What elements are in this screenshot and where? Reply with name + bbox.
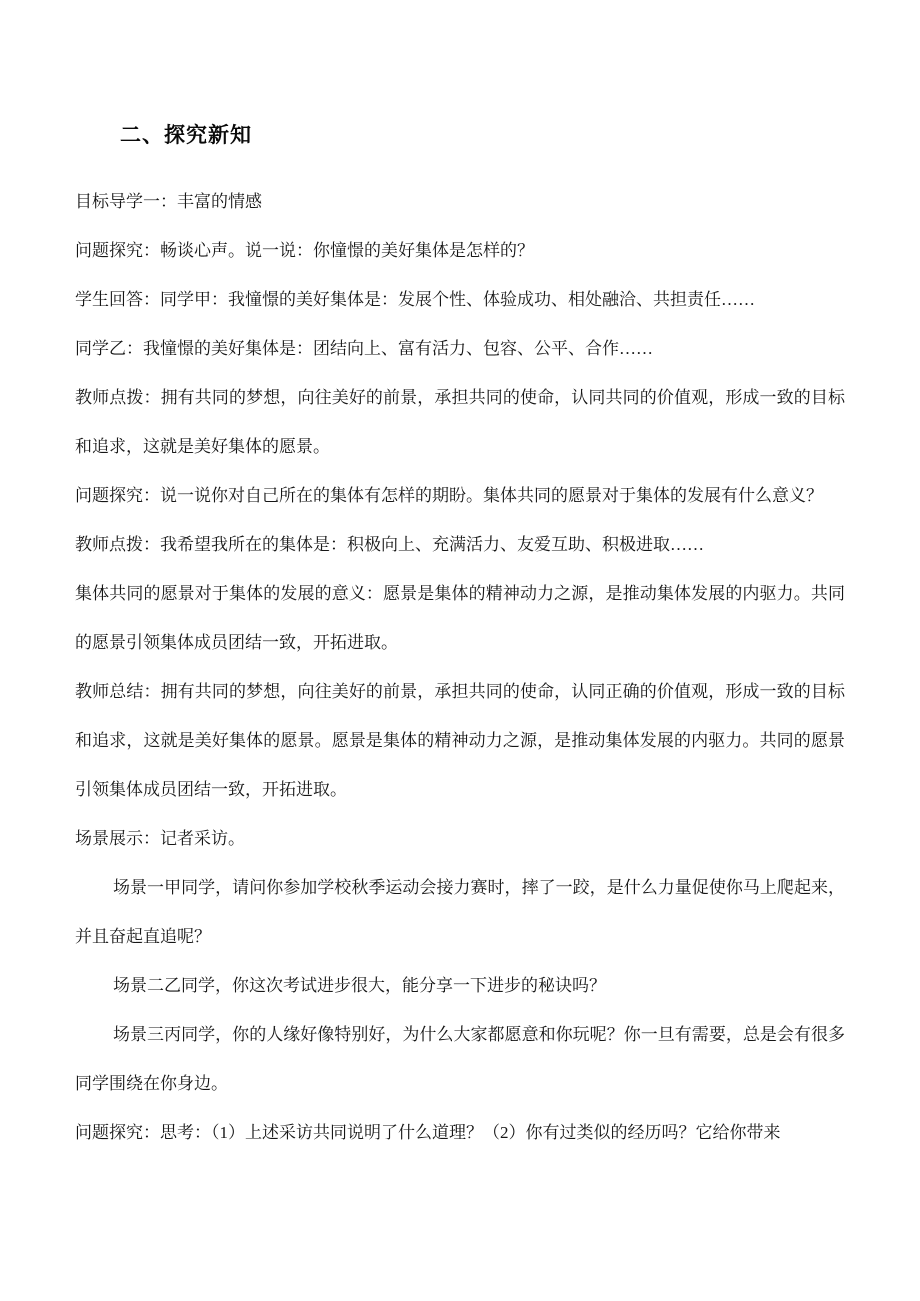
paragraph: 目标导学一：丰富的情感: [75, 177, 845, 226]
paragraph: 问题探究：思考：（1）上述采访共同说明了什么道理？（2）你有过类似的经历吗？它给…: [75, 1108, 845, 1157]
paragraph: 场景二乙同学，你这次考试进步很大，能分享一下进步的秘诀吗？: [75, 961, 845, 1010]
document-body: 目标导学一：丰富的情感问题探究：畅谈心声。说一说：你憧憬的美好集体是怎样的？学生…: [75, 177, 845, 1157]
paragraph: 场景三丙同学，你的人缘好像特别好，为什么大家都愿意和你玩呢？你一旦有需要，总是会…: [75, 1010, 845, 1108]
paragraph: 教师点拨：拥有共同的梦想，向往美好的前景，承担共同的使命，认同共同的价值观，形成…: [75, 373, 845, 471]
paragraph: 问题探究：说一说你对自己所在的集体有怎样的期盼。集体共同的愿景对于集体的发展有什…: [75, 471, 845, 520]
paragraph: 场景一甲同学，请问你参加学校秋季运动会接力赛时，摔了一跤，是什么力量促使你马上爬…: [75, 863, 845, 961]
paragraph: 集体共同的愿景对于集体的发展的意义：愿景是集体的精神动力之源，是推动集体发展的内…: [75, 569, 845, 667]
paragraph: 问题探究：畅谈心声。说一说：你憧憬的美好集体是怎样的？: [75, 226, 845, 275]
paragraph: 学生回答：同学甲：我憧憬的美好集体是：发展个性、体验成功、相处融洽、共担责任……: [75, 275, 845, 324]
paragraph: 教师总结：拥有共同的梦想，向往美好的前景，承担共同的使命，认同正确的价值观，形成…: [75, 667, 845, 814]
paragraph: 场景展示：记者采访。: [75, 814, 845, 863]
document-page: 二、探究新知 目标导学一：丰富的情感问题探究：畅谈心声。说一说：你憧憬的美好集体…: [0, 0, 920, 1301]
section-heading: 二、探究新知: [120, 122, 845, 149]
paragraph: 教师点拨：我希望我所在的集体是：积极向上、充满活力、友爱互助、积极进取……: [75, 520, 845, 569]
paragraph: 同学乙：我憧憬的美好集体是：团结向上、富有活力、包容、公平、合作……: [75, 324, 845, 373]
